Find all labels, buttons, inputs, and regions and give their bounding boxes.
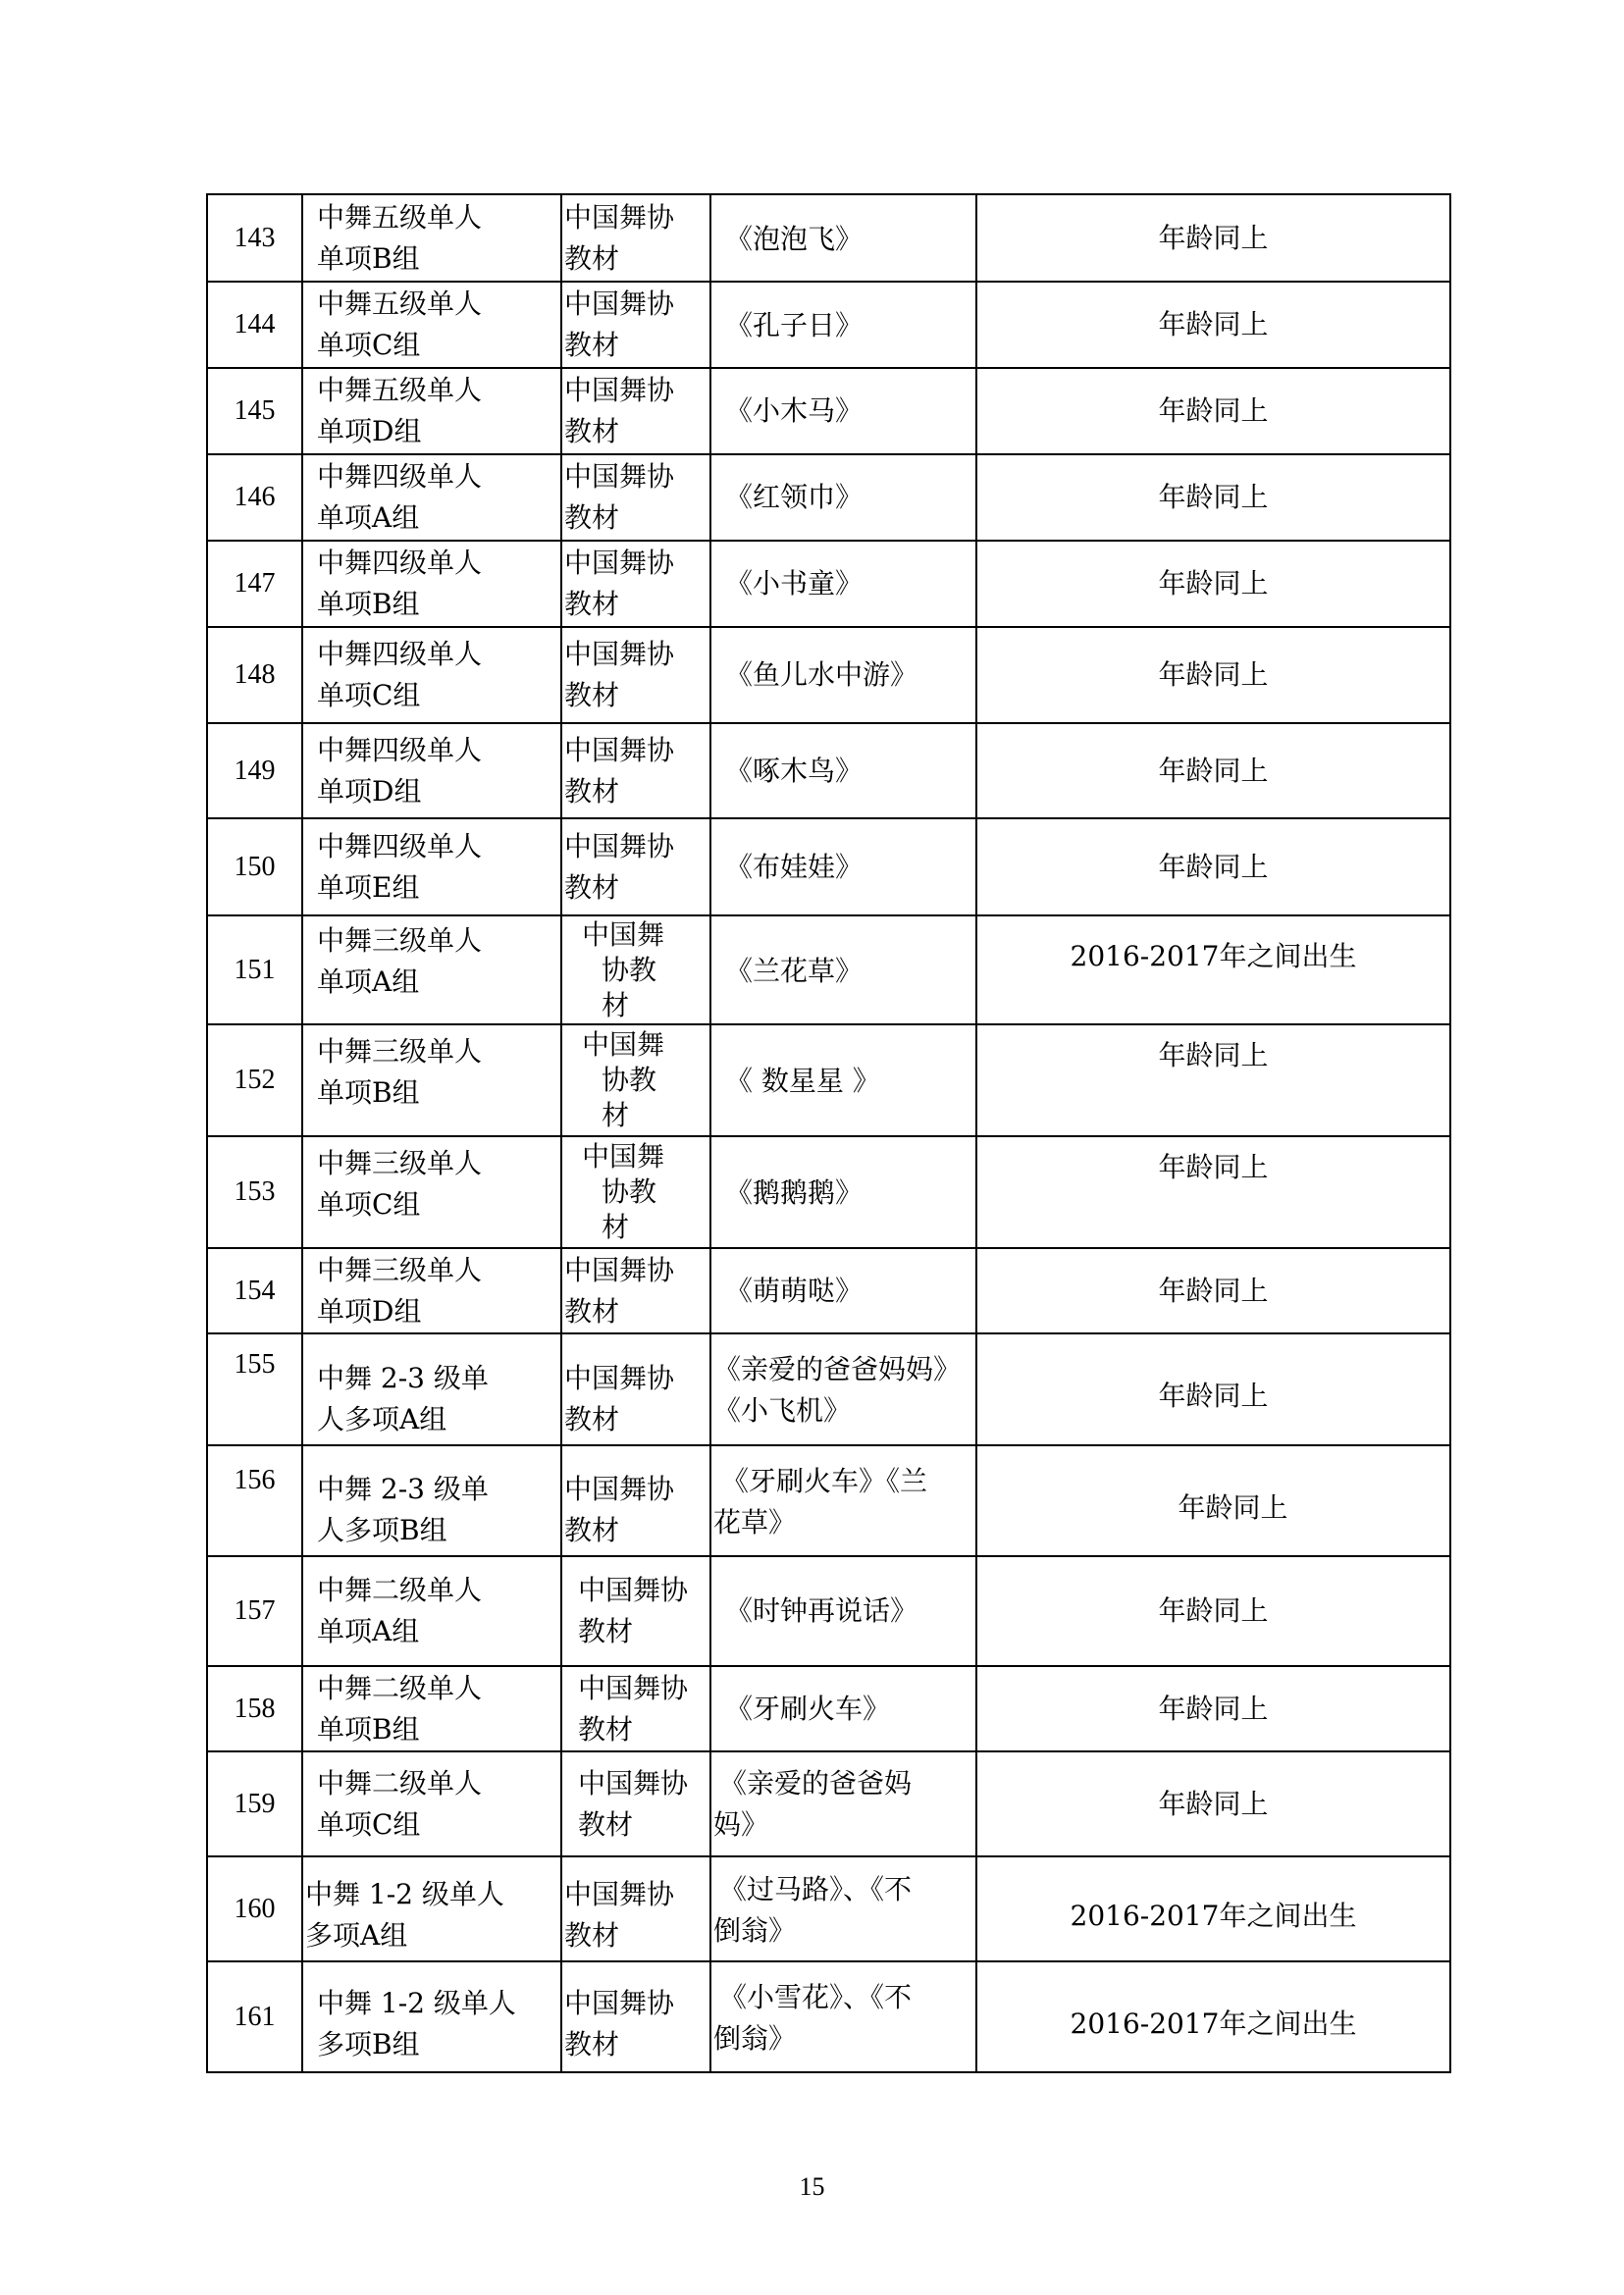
material-source: 中国舞协教材 bbox=[561, 1136, 710, 1248]
table-row: 147 中舞四级单人单项B组 中国舞协教材 《小书童》 年龄同上 bbox=[207, 541, 1450, 627]
row-number: 154 bbox=[207, 1248, 302, 1333]
age-requirement: 年龄同上 bbox=[976, 1445, 1450, 1556]
dance-works: 《泡泡飞》 bbox=[710, 194, 976, 282]
row-number: 155 bbox=[207, 1333, 302, 1445]
material-source: 中国舞协教材 bbox=[561, 1445, 710, 1556]
material-source: 中国舞协教材 bbox=[561, 1856, 710, 1961]
table-row: 152 中舞三级单人单项B组 中国舞协教材 《 数星星 》 年龄同上 bbox=[207, 1024, 1450, 1136]
page-number: 15 bbox=[0, 2172, 1624, 2202]
category-name: 中舞二级单人单项C组 bbox=[302, 1751, 561, 1856]
age-requirement: 年龄同上 bbox=[976, 818, 1450, 915]
age-requirement: 年龄同上 bbox=[976, 1333, 1450, 1445]
row-number: 156 bbox=[207, 1445, 302, 1556]
category-name: 中舞三级单人单项C组 bbox=[302, 1136, 561, 1248]
category-name: 中舞五级单人单项B组 bbox=[302, 194, 561, 282]
age-requirement: 年龄同上 bbox=[976, 723, 1450, 818]
row-number: 145 bbox=[207, 368, 302, 454]
row-number: 159 bbox=[207, 1751, 302, 1856]
competition-table: 143 中舞五级单人单项B组 中国舞协教材 《泡泡飞》 年龄同上 144 中舞五… bbox=[206, 193, 1451, 2073]
table-row: 155 中舞 2-3 级单人多项A组 中国舞协教材 《亲爱的爸爸妈妈》《小飞机》… bbox=[207, 1333, 1450, 1445]
row-number: 152 bbox=[207, 1024, 302, 1136]
table-row: 161 中舞 1-2 级单人多项B组 中国舞协教材 《小雪花》、《不倒翁》 20… bbox=[207, 1961, 1450, 2072]
dance-works: 《过马路》、《不倒翁》 bbox=[710, 1856, 976, 1961]
material-source: 中国舞协教材 bbox=[561, 1666, 710, 1751]
age-requirement: 年龄同上 bbox=[976, 1666, 1450, 1751]
table-row: 144 中舞五级单人单项C组 中国舞协教材 《孔子日》 年龄同上 bbox=[207, 282, 1450, 368]
dance-works: 《啄木鸟》 bbox=[710, 723, 976, 818]
row-number: 149 bbox=[207, 723, 302, 818]
category-name: 中舞四级单人单项D组 bbox=[302, 723, 561, 818]
age-requirement: 年龄同上 bbox=[976, 1248, 1450, 1333]
dance-works: 《时钟再说话》 bbox=[710, 1556, 976, 1666]
age-requirement: 年龄同上 bbox=[976, 1751, 1450, 1856]
category-name: 中舞 2-3 级单人多项A组 bbox=[302, 1333, 561, 1445]
row-number: 151 bbox=[207, 915, 302, 1024]
dance-works: 《小雪花》、《不倒翁》 bbox=[710, 1961, 976, 2072]
table-row: 154 中舞三级单人单项D组 中国舞协教材 《萌萌哒》 年龄同上 bbox=[207, 1248, 1450, 1333]
category-name: 中舞四级单人单项E组 bbox=[302, 818, 561, 915]
category-name: 中舞五级单人单项D组 bbox=[302, 368, 561, 454]
row-number: 161 bbox=[207, 1961, 302, 2072]
dance-works: 《亲爱的爸爸妈妈》《小飞机》 bbox=[710, 1333, 976, 1445]
age-requirement: 年龄同上 bbox=[976, 368, 1450, 454]
row-number: 148 bbox=[207, 627, 302, 723]
dance-works: 《孔子日》 bbox=[710, 282, 976, 368]
material-source: 中国舞协教材 bbox=[561, 368, 710, 454]
age-requirement: 年龄同上 bbox=[976, 1556, 1450, 1666]
category-name: 中舞 1-2 级单人多项A组 bbox=[302, 1856, 561, 1961]
age-requirement: 年龄同上 bbox=[976, 541, 1450, 627]
document-page: 143 中舞五级单人单项B组 中国舞协教材 《泡泡飞》 年龄同上 144 中舞五… bbox=[0, 0, 1624, 2295]
table-row: 149 中舞四级单人单项D组 中国舞协教材 《啄木鸟》 年龄同上 bbox=[207, 723, 1450, 818]
material-source: 中国舞协教材 bbox=[561, 454, 710, 541]
material-source: 中国舞协教材 bbox=[561, 1961, 710, 2072]
table-row: 153 中舞三级单人单项C组 中国舞协教材 《鹅鹅鹅》 年龄同上 bbox=[207, 1136, 1450, 1248]
table-row: 146 中舞四级单人单项A组 中国舞协教材 《红领巾》 年龄同上 bbox=[207, 454, 1450, 541]
material-source: 中国舞协教材 bbox=[561, 723, 710, 818]
category-name: 中舞四级单人单项C组 bbox=[302, 627, 561, 723]
row-number: 150 bbox=[207, 818, 302, 915]
dance-works: 《小木马》 bbox=[710, 368, 976, 454]
material-source: 中国舞协教材 bbox=[561, 1751, 710, 1856]
age-requirement: 年龄同上 bbox=[976, 627, 1450, 723]
age-requirement: 年龄同上 bbox=[976, 1024, 1450, 1136]
category-name: 中舞二级单人单项A组 bbox=[302, 1556, 561, 1666]
dance-works: 《牙刷火车》 bbox=[710, 1666, 976, 1751]
row-number: 158 bbox=[207, 1666, 302, 1751]
category-name: 中舞四级单人单项A组 bbox=[302, 454, 561, 541]
material-source: 中国舞协教材 bbox=[561, 282, 710, 368]
table-row: 158 中舞二级单人单项B组 中国舞协教材 《牙刷火车》 年龄同上 bbox=[207, 1666, 1450, 1751]
category-name: 中舞二级单人单项B组 bbox=[302, 1666, 561, 1751]
table-row: 145 中舞五级单人单项D组 中国舞协教材 《小木马》 年龄同上 bbox=[207, 368, 1450, 454]
material-source: 中国舞协教材 bbox=[561, 1024, 710, 1136]
age-requirement: 年龄同上 bbox=[976, 1136, 1450, 1248]
category-name: 中舞五级单人单项C组 bbox=[302, 282, 561, 368]
age-requirement: 2016-2017年之间出生 bbox=[976, 915, 1450, 1024]
material-source: 中国舞协教材 bbox=[561, 915, 710, 1024]
age-requirement: 年龄同上 bbox=[976, 282, 1450, 368]
row-number: 157 bbox=[207, 1556, 302, 1666]
age-requirement: 2016-2017年之间出生 bbox=[976, 1856, 1450, 1961]
row-number: 160 bbox=[207, 1856, 302, 1961]
table-row: 151 中舞三级单人单项A组 中国舞协教材 《兰花草》 2016-2017年之间… bbox=[207, 915, 1450, 1024]
dance-works: 《萌萌哒》 bbox=[710, 1248, 976, 1333]
category-name: 中舞 1-2 级单人多项B组 bbox=[302, 1961, 561, 2072]
table-row: 150 中舞四级单人单项E组 中国舞协教材 《布娃娃》 年龄同上 bbox=[207, 818, 1450, 915]
row-number: 146 bbox=[207, 454, 302, 541]
age-requirement: 2016-2017年之间出生 bbox=[976, 1961, 1450, 2072]
dance-works: 《兰花草》 bbox=[710, 915, 976, 1024]
row-number: 143 bbox=[207, 194, 302, 282]
table-row: 160 中舞 1-2 级单人多项A组 中国舞协教材 《过马路》、《不倒翁》 20… bbox=[207, 1856, 1450, 1961]
material-source: 中国舞协教材 bbox=[561, 627, 710, 723]
dance-works: 《 数星星 》 bbox=[710, 1024, 976, 1136]
material-source: 中国舞协教材 bbox=[561, 1556, 710, 1666]
material-source: 中国舞协教材 bbox=[561, 818, 710, 915]
category-name: 中舞三级单人单项A组 bbox=[302, 915, 561, 1024]
category-name: 中舞三级单人单项B组 bbox=[302, 1024, 561, 1136]
material-source: 中国舞协教材 bbox=[561, 541, 710, 627]
dance-works: 《鱼儿水中游》 bbox=[710, 627, 976, 723]
dance-works: 《红领巾》 bbox=[710, 454, 976, 541]
row-number: 147 bbox=[207, 541, 302, 627]
dance-works: 《布娃娃》 bbox=[710, 818, 976, 915]
dance-works: 《亲爱的爸爸妈妈》 bbox=[710, 1751, 976, 1856]
table-row: 159 中舞二级单人单项C组 中国舞协教材 《亲爱的爸爸妈妈》 年龄同上 bbox=[207, 1751, 1450, 1856]
table-row: 143 中舞五级单人单项B组 中国舞协教材 《泡泡飞》 年龄同上 bbox=[207, 194, 1450, 282]
table-row: 156 中舞 2-3 级单人多项B组 中国舞协教材 《牙刷火车》《兰花草》 年龄… bbox=[207, 1445, 1450, 1556]
dance-works: 《小书童》 bbox=[710, 541, 976, 627]
material-source: 中国舞协教材 bbox=[561, 194, 710, 282]
row-number: 144 bbox=[207, 282, 302, 368]
material-source: 中国舞协教材 bbox=[561, 1333, 710, 1445]
table-row: 157 中舞二级单人单项A组 中国舞协教材 《时钟再说话》 年龄同上 bbox=[207, 1556, 1450, 1666]
dance-works: 《牙刷火车》《兰花草》 bbox=[710, 1445, 976, 1556]
category-name: 中舞三级单人单项D组 bbox=[302, 1248, 561, 1333]
dance-works: 《鹅鹅鹅》 bbox=[710, 1136, 976, 1248]
row-number: 153 bbox=[207, 1136, 302, 1248]
age-requirement: 年龄同上 bbox=[976, 454, 1450, 541]
material-source: 中国舞协教材 bbox=[561, 1248, 710, 1333]
table-row: 148 中舞四级单人单项C组 中国舞协教材 《鱼儿水中游》 年龄同上 bbox=[207, 627, 1450, 723]
category-name: 中舞四级单人单项B组 bbox=[302, 541, 561, 627]
category-name: 中舞 2-3 级单人多项B组 bbox=[302, 1445, 561, 1556]
age-requirement: 年龄同上 bbox=[976, 194, 1450, 282]
